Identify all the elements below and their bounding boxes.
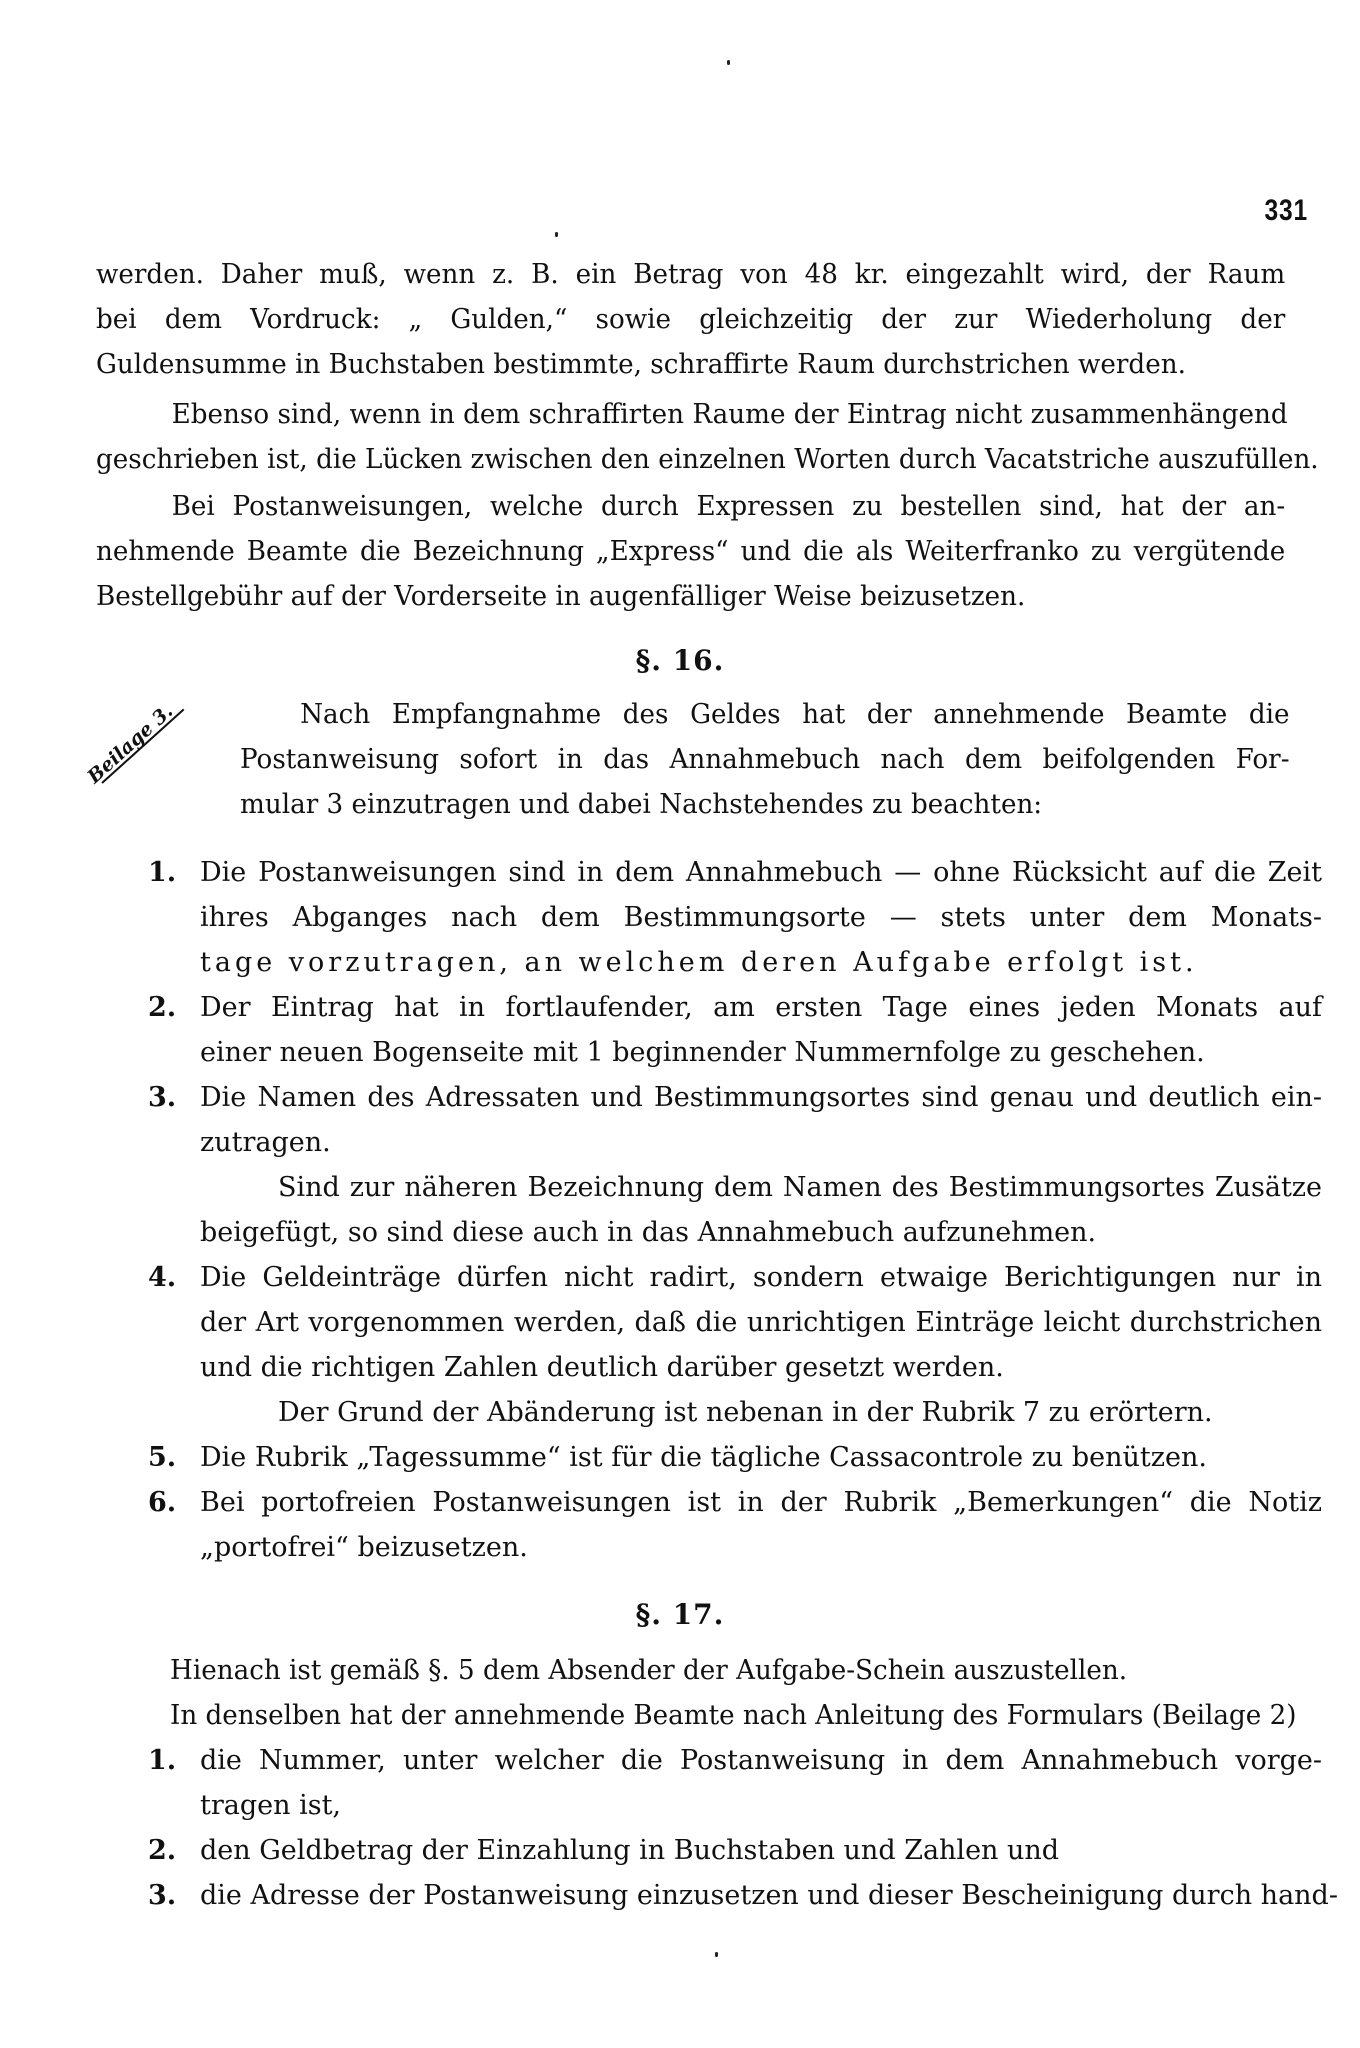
document-page: 331 werden. Daher muß, wenn z. B. ein Be…	[0, 0, 1360, 2048]
text-line: den Geldbetrag der Einzahlung in Buchsta…	[200, 1828, 1322, 1873]
text-line: Hienach ist gemäß §. 5 dem Absender der …	[170, 1648, 1287, 1693]
text-line: In denselben hat der annehmende Beamte n…	[170, 1693, 1287, 1738]
text-line: mular 3 einzutragen und dabei Nachstehen…	[240, 782, 1290, 827]
list-number: 5.	[148, 1435, 188, 1480]
text-line: der Art vorgenommen werden, daß die unri…	[200, 1300, 1322, 1345]
section-17-intro: Hienach ist gemäß §. 5 dem Absender der …	[170, 1648, 1287, 1738]
text-line: Bei Postanweisungen, welche durch Expres…	[96, 484, 1285, 529]
list-item-3: 3. Die Namen des Adressaten und Bestimmu…	[148, 1075, 1322, 1255]
page-number: 331	[1264, 194, 1308, 228]
text-line: tage vorzutragen, an welchem deren Aufga…	[200, 940, 1322, 985]
text-line: „portofrei“ beizusetzen.	[200, 1525, 1322, 1570]
list-number: 3.	[148, 1075, 188, 1120]
list-item-2: 2. Der Eintrag hat in fortlaufender, am …	[148, 985, 1322, 1075]
section-16-heading: §. 16.	[0, 644, 1360, 677]
section-17-heading: §. 17.	[0, 1598, 1360, 1631]
list-number: 3.	[148, 1873, 188, 1918]
text-line: Nach Empfangnahme des Geldes hat der ann…	[240, 692, 1290, 737]
list-item-4: 4. Die Geldeinträge dürfen nicht radirt,…	[148, 1255, 1322, 1435]
list-item-5: 5. Die Rubrik „Tagessumme“ ist für die t…	[148, 1435, 1322, 1480]
list-item-1: 1. die Nummer, unter welcher die Postanw…	[148, 1738, 1322, 1828]
paragraph-express: Bei Postanweisungen, welche durch Expres…	[96, 484, 1285, 619]
section-16-intro: Nach Empfangnahme des Geldes hat der ann…	[240, 692, 1290, 827]
section-16-list: 1. Die Postanweisungen sind in dem Annah…	[148, 850, 1322, 1570]
list-item-6: 6. Bei portofreien Postanweisungen ist i…	[148, 1480, 1322, 1570]
list-item-2: 2. den Geldbetrag der Einzahlung in Buch…	[148, 1828, 1322, 1873]
text-line: Die Postanweisungen sind in dem Annahmeb…	[200, 850, 1322, 895]
list-number: 2.	[148, 1828, 188, 1873]
text-line: nehmende Beamte die Bezeichnung „Express…	[96, 529, 1285, 574]
text-line: ihres Abganges nach dem Bestimmungsorte …	[200, 895, 1322, 940]
text-line: zutragen.	[200, 1120, 1322, 1165]
paragraph-vacatstriche: Ebenso sind, wenn in dem schraffirten Ra…	[96, 392, 1285, 482]
text-line: Die Namen des Adressaten und Bestimmungs…	[200, 1075, 1322, 1120]
list-number: 4.	[148, 1255, 188, 1300]
text-line: Die Geldeinträge dürfen nicht radirt, so…	[200, 1255, 1322, 1300]
text-line: tragen ist,	[200, 1783, 1322, 1828]
text-line: Der Grund der Abänderung ist nebenan in …	[200, 1390, 1322, 1435]
text-line: geschrieben ist, die Lücken zwischen den…	[96, 437, 1285, 482]
text-line: Guldensumme in Buchstaben bestimmte, sch…	[96, 342, 1285, 387]
scan-speck	[727, 60, 730, 65]
text-line: einer neuen Bogenseite mit 1 beginnender…	[200, 1030, 1322, 1075]
list-number: 1.	[148, 1738, 188, 1783]
text-line: Sind zur näheren Bezeichnung dem Namen d…	[200, 1165, 1322, 1210]
scan-speck	[715, 1952, 718, 1957]
list-item-1: 1. Die Postanweisungen sind in dem Annah…	[148, 850, 1322, 985]
text-line: Der Eintrag hat in fortlaufender, am ers…	[200, 985, 1322, 1030]
text-line: beigefügt, so sind diese auch in das Ann…	[200, 1210, 1322, 1255]
text-line: Die Rubrik „Tagessumme“ ist für die tägl…	[200, 1435, 1322, 1480]
text-line: die Adresse der Postanweisung einzusetze…	[200, 1873, 1322, 1918]
section-17-list: 1. die Nummer, unter welcher die Postanw…	[148, 1738, 1322, 1918]
list-number: 6.	[148, 1480, 188, 1525]
list-number: 2.	[148, 985, 188, 1030]
scan-speck	[555, 232, 558, 237]
text-line: und die richtigen Zahlen deutlich darübe…	[200, 1345, 1322, 1390]
text-line: Postanweisung sofort in das Annahmebuch …	[240, 737, 1290, 782]
text-line: bei dem Vordruck: „ Gulden,“ sowie gleic…	[96, 297, 1285, 342]
text-line: werden. Daher muß, wenn z. B. ein Betrag…	[96, 252, 1285, 297]
margin-note-beilage-3: Beilage 3.	[92, 738, 242, 828]
text-line: Ebenso sind, wenn in dem schraffirten Ra…	[96, 392, 1285, 437]
intro-paragraph: werden. Daher muß, wenn z. B. ein Betrag…	[96, 252, 1285, 387]
list-item-3: 3. die Adresse der Postanweisung einzuse…	[148, 1873, 1322, 1918]
text-line: die Nummer, unter welcher die Postanweis…	[200, 1738, 1322, 1783]
text-line: Bei portofreien Postanweisungen ist in d…	[200, 1480, 1322, 1525]
list-number: 1.	[148, 850, 188, 895]
text-line: Bestellgebühr auf der Vorderseite in aug…	[96, 574, 1285, 619]
margin-note-text: Beilage 3.	[83, 700, 177, 788]
